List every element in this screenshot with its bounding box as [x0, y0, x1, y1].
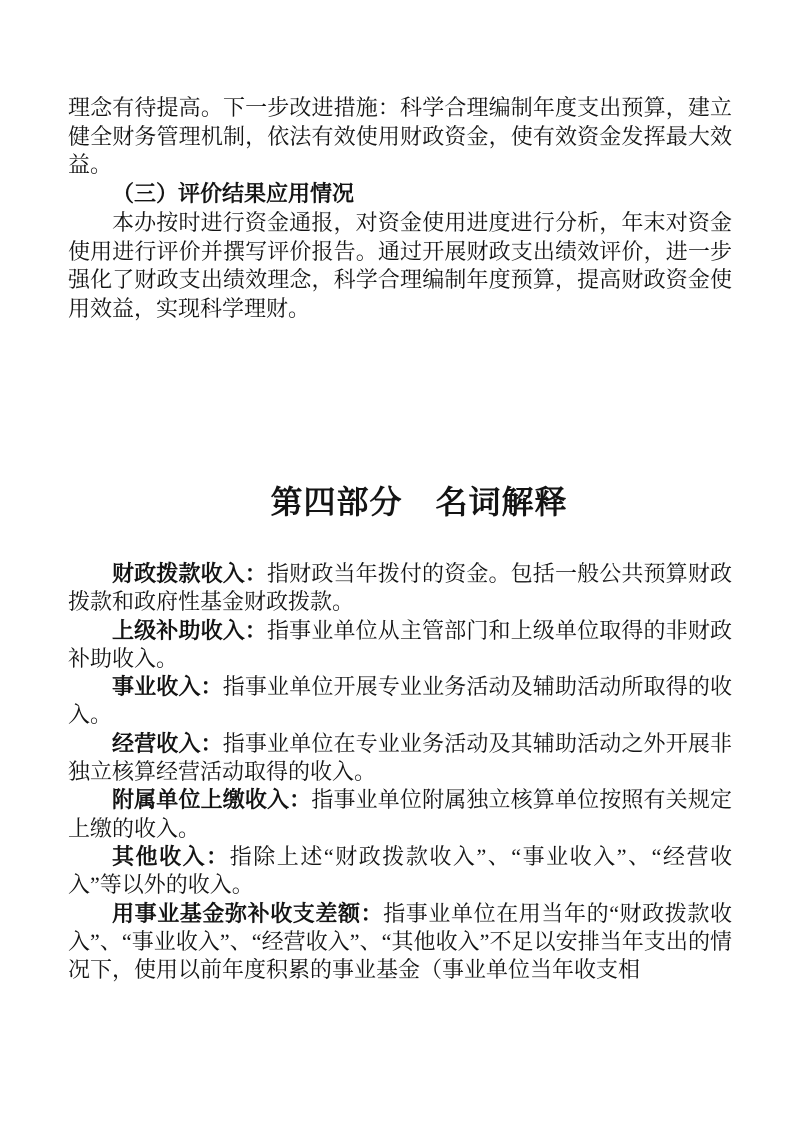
subheading-evaluation-results: （三）评价结果应用情况	[68, 180, 732, 209]
definition-term: 经营收入：	[112, 731, 223, 756]
definitions-section: 财政拨款收入：指财政当年拨付的资金。包括一般公共预算财政拨款和政府性基金财政拨款…	[68, 560, 732, 984]
top-section: 理念有待提高。下一步改进措施：科学合理编制年度支出预算，建立健全财务管理机制，依…	[68, 94, 732, 324]
definition-item: 上级补助收入：指事业单位从主管部门和上级单位取得的非财政补助收入。	[68, 617, 732, 674]
definition-item: 经营收入：指事业单位在专业业务活动及其辅助活动之外开展非独立核算经营活动取得的收…	[68, 730, 732, 787]
paragraph-evaluation: 本办按时进行资金通报，对资金使用进度进行分析，年末对资金使用进行评价并撰写评价报…	[68, 209, 732, 324]
definition-item: 用事业基金弥补收支差额：指事业单位在用当年的“财政拨款收入”、“事业收入”、“经…	[68, 900, 732, 985]
definition-item: 附属单位上缴收入：指事业单位附属独立核算单位按照有关规定上缴的收入。	[68, 786, 732, 843]
section-title: 第四部分 名词解释	[68, 483, 732, 521]
definition-term: 附属单位上缴收入：	[112, 787, 311, 812]
definition-term: 用事业基金弥补收支差额：	[112, 901, 383, 926]
definition-term: 上级补助收入：	[112, 618, 267, 643]
definition-item: 事业收入：指事业单位开展专业业务活动及辅助活动所取得的收入。	[68, 673, 732, 730]
document-page: 理念有待提高。下一步改进措施：科学合理编制年度支出预算，建立健全财务管理机制，依…	[0, 0, 793, 1122]
definition-term: 财政拨款收入：	[112, 561, 267, 586]
paragraph-continuation: 理念有待提高。下一步改进措施：科学合理编制年度支出预算，建立健全财务管理机制，依…	[68, 94, 732, 180]
definition-term: 其他收入：	[112, 844, 230, 869]
definition-item: 财政拨款收入：指财政当年拨付的资金。包括一般公共预算财政拨款和政府性基金财政拨款…	[68, 560, 732, 617]
definition-item: 其他收入：指除上述“财政拨款收入”、“事业收入”、“经营收入”等以外的收入。	[68, 843, 732, 900]
definition-term: 事业收入：	[112, 674, 223, 699]
